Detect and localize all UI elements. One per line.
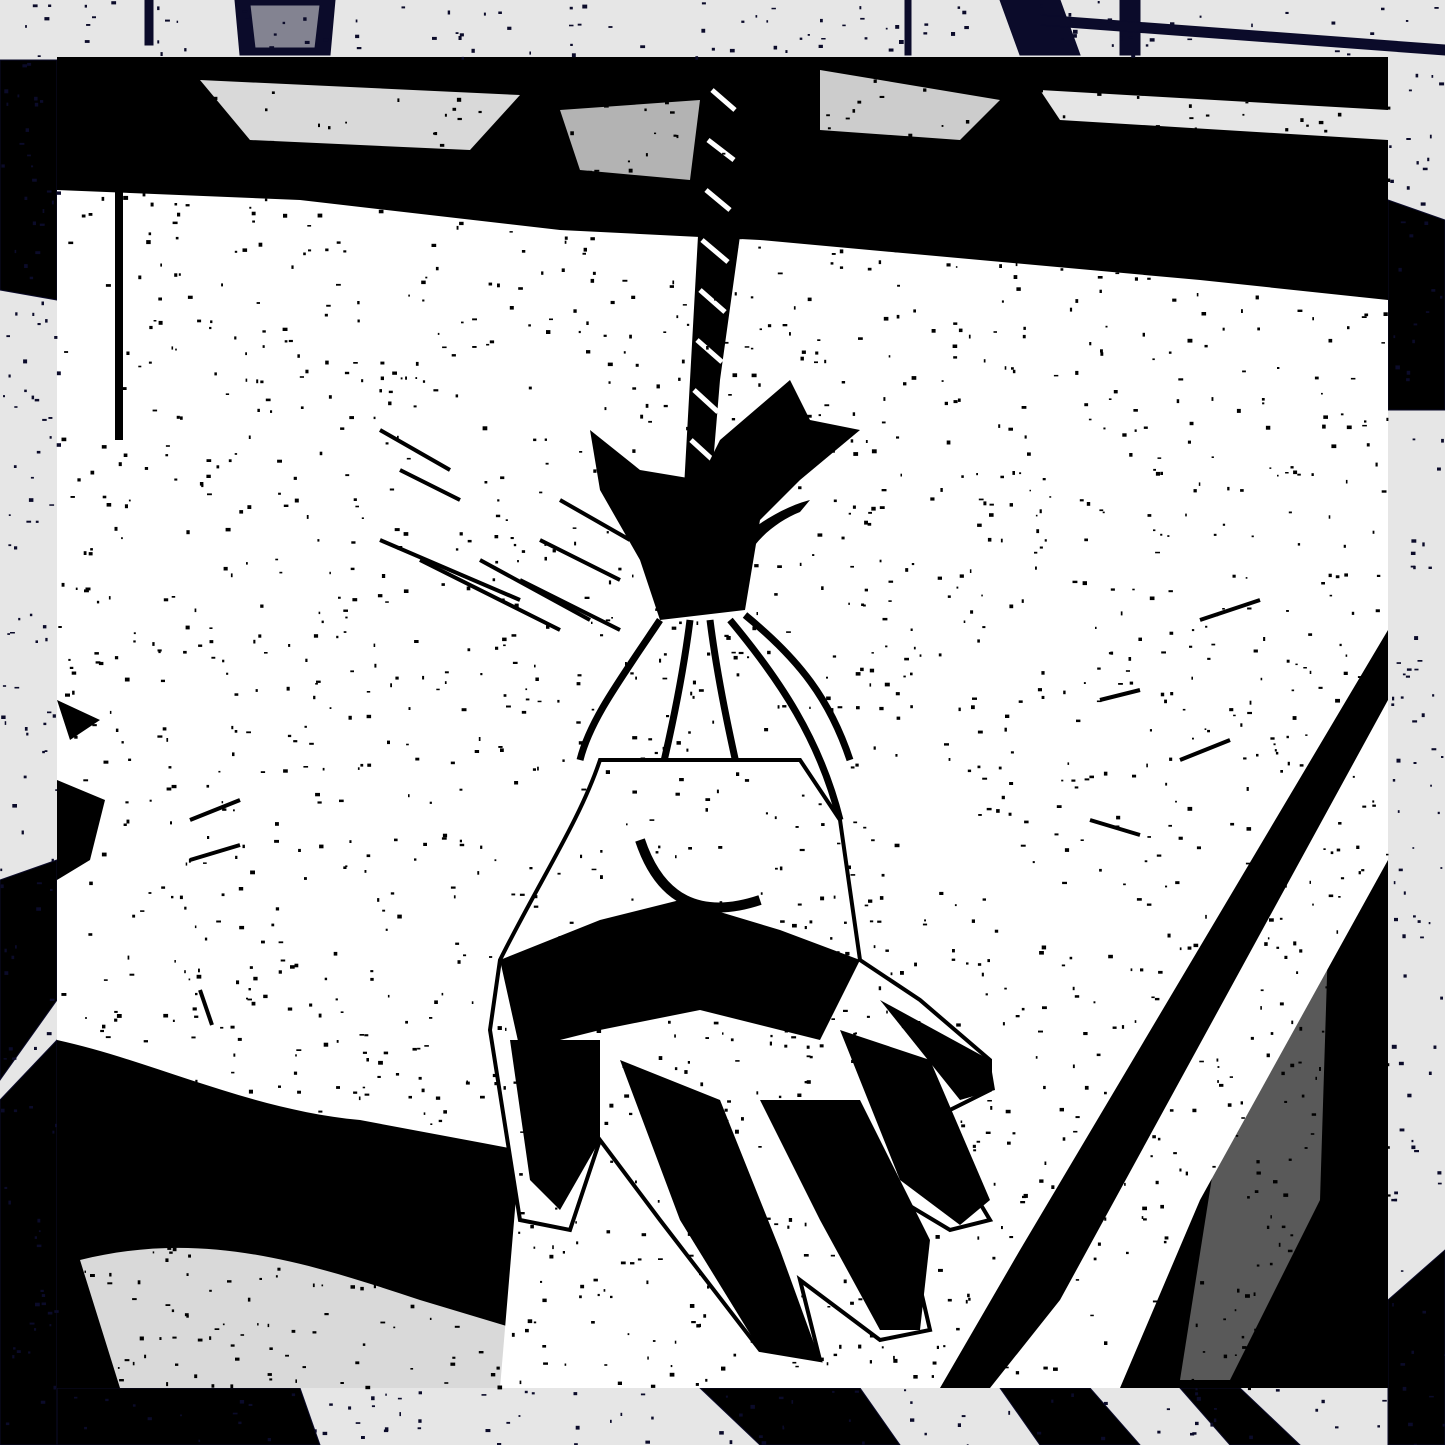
inner-picture xyxy=(57,57,1388,1388)
artwork-canvas xyxy=(0,0,1445,1445)
